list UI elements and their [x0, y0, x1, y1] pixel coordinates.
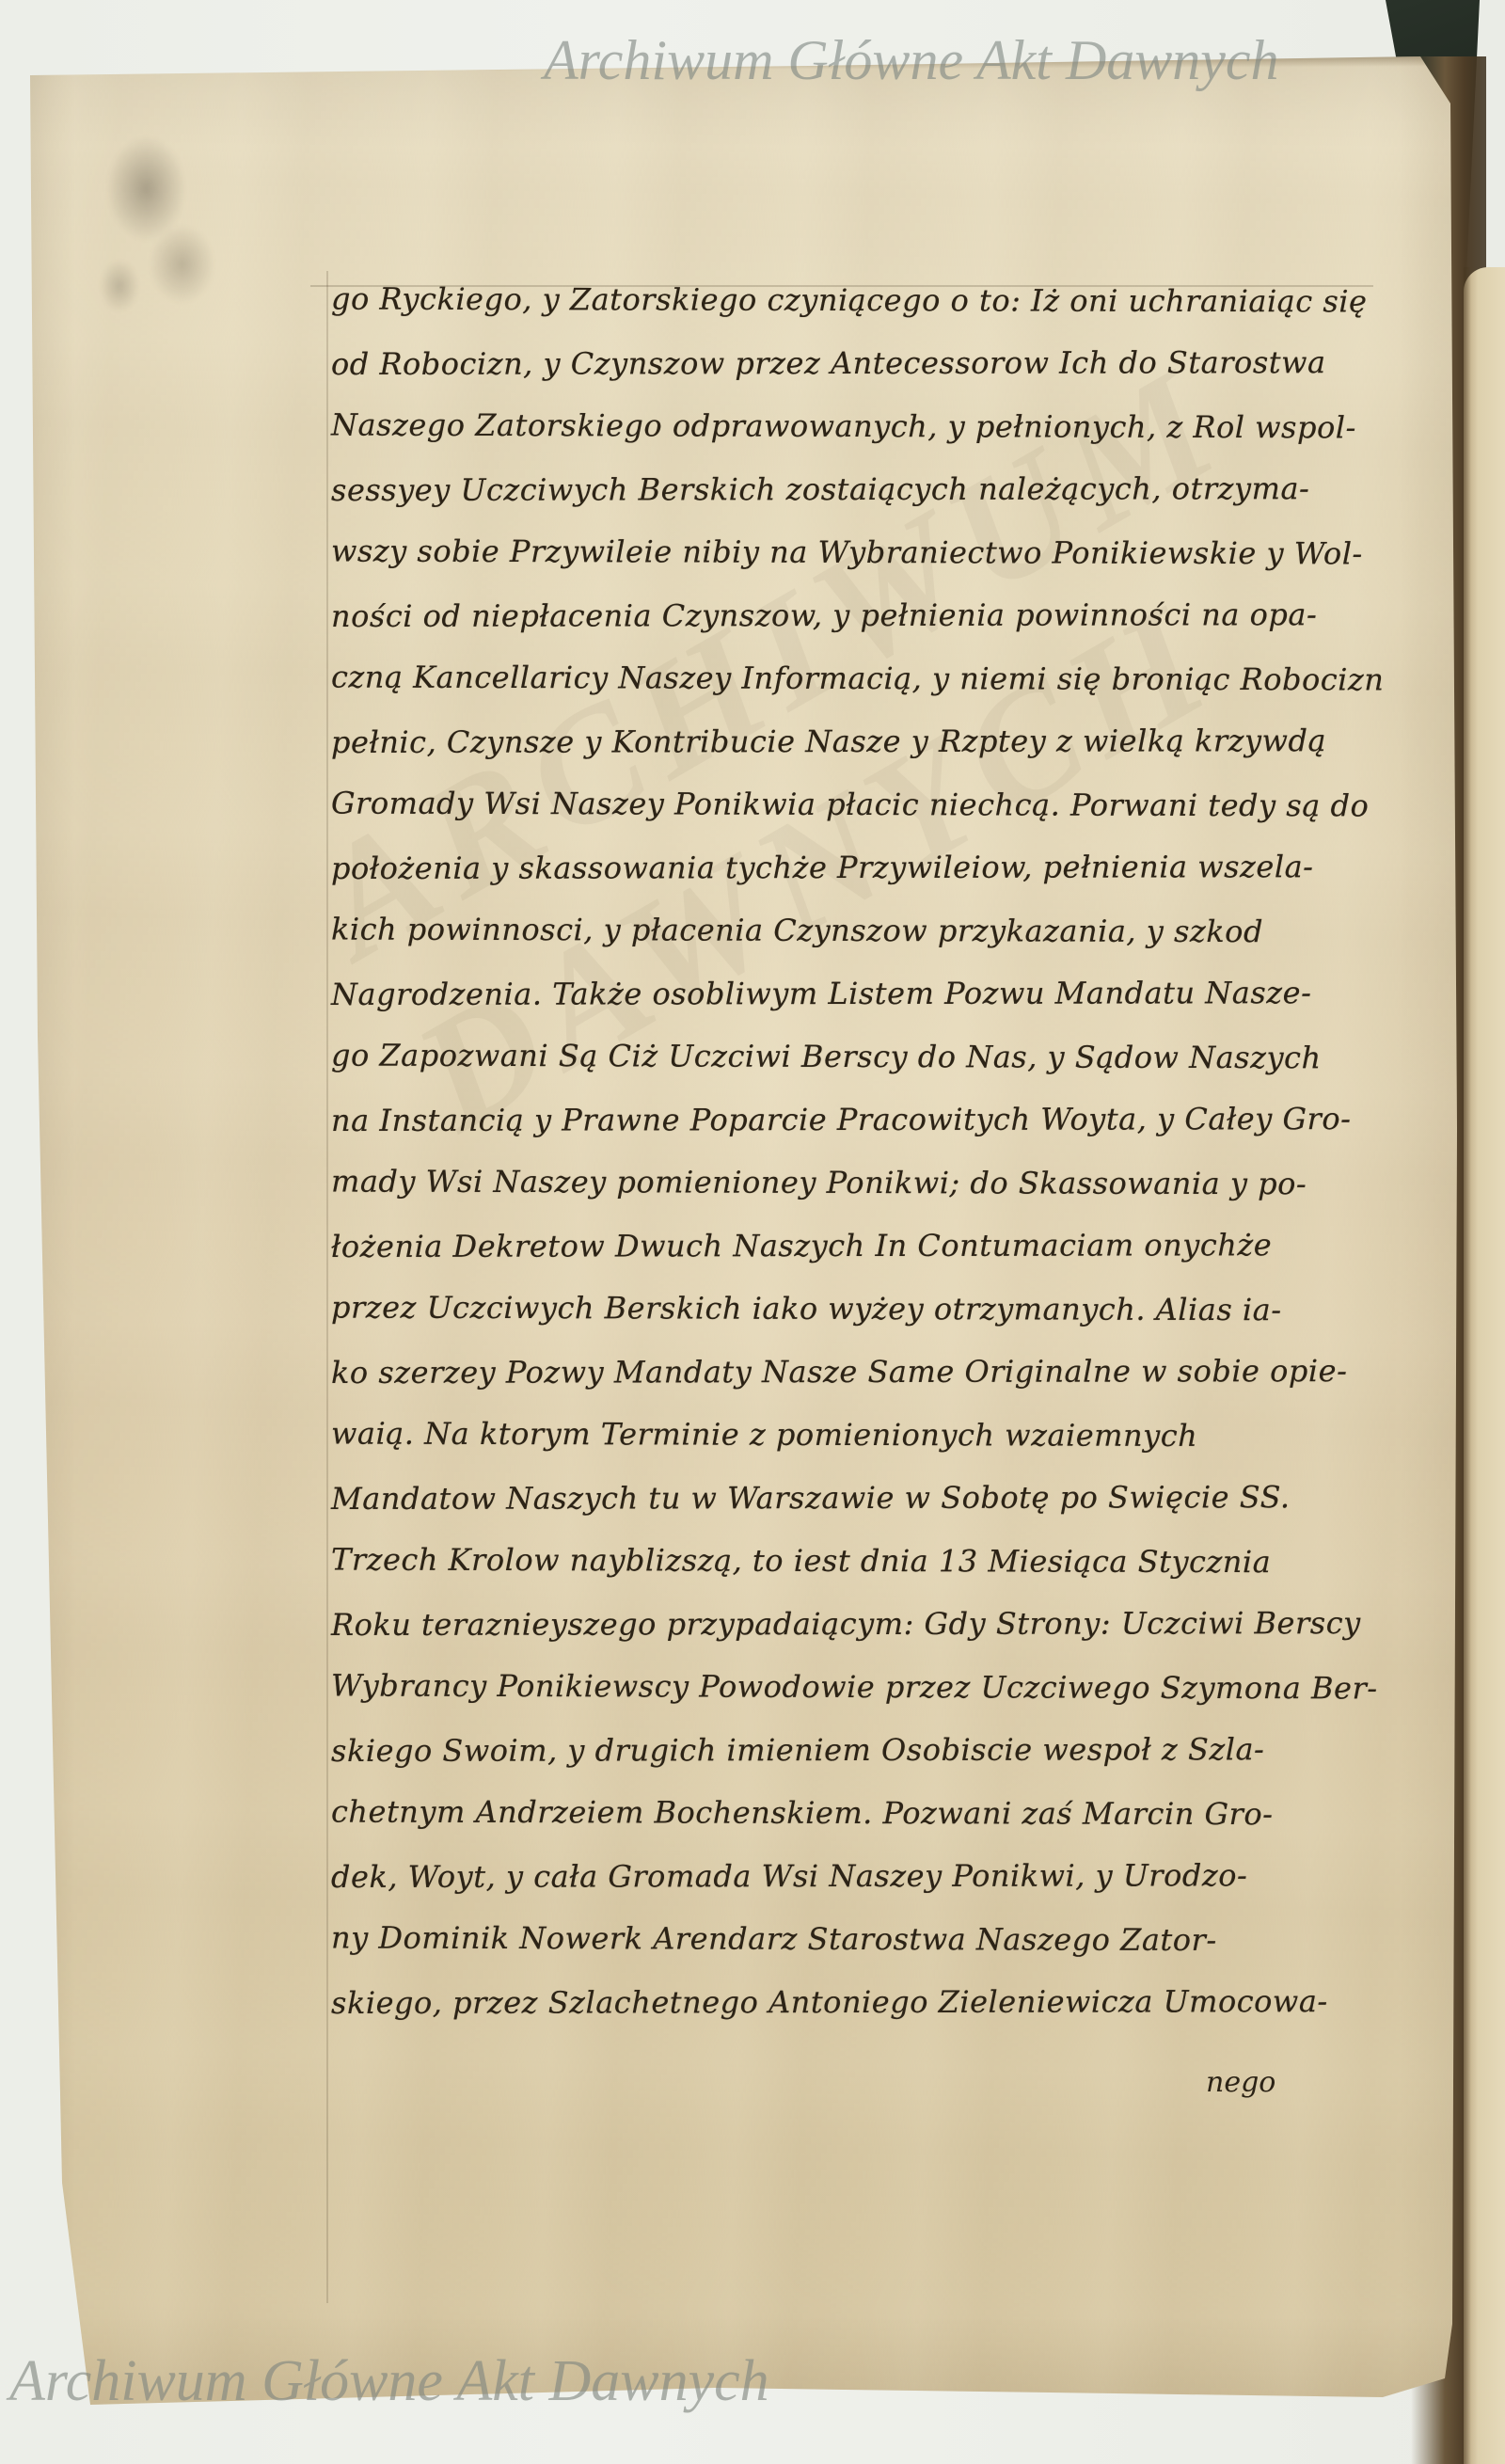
manuscript-line: waią. Na ktorym Terminie z pomienionych …: [331, 1403, 1389, 1469]
manuscript-line: Mandatow Naszych tu w Warszawie w Sobotę…: [331, 1466, 1389, 1531]
next-page-edge: [1464, 267, 1505, 2464]
manuscript-line: położenia y skassowania tychże Przywilei…: [331, 835, 1389, 900]
manuscript-line: Roku teraznieyszego przypadaiącym: Gdy S…: [331, 1592, 1389, 1657]
manuscript-line: Nagrodzenia. Także osobliwym Listem Pozw…: [331, 962, 1389, 1026]
manuscript-line: na Instancią y Prawne Poparcie Pracowity…: [331, 1088, 1389, 1153]
manuscript-line: dek, Woyt, y cała Gromada Wsi Naszey Pon…: [331, 1844, 1389, 1909]
manuscript-line: go Ryckiego, y Zatorskiego czyniącego o …: [331, 268, 1389, 334]
manuscript-line: mady Wsi Naszey pomienioney Ponikwi; do …: [331, 1151, 1389, 1216]
manuscript-line: ności od niepłacenia Czynszow, y pełnien…: [331, 583, 1389, 648]
manuscript-line: Trzech Krolow nayblizszą, to iest dnia 1…: [331, 1529, 1389, 1595]
manuscript-line: go Zapozwani Są Ciż Uczciwi Berscy do Na…: [331, 1025, 1389, 1090]
manuscript-line: od Robocizn, y Czynszow przez Antecessor…: [331, 331, 1389, 396]
manuscript-line: łożenia Dekretow Dwuch Naszych In Contum…: [331, 1214, 1389, 1279]
margin-guide-line: [326, 271, 328, 2303]
manuscript-text-block: go Ryckiego, y Zatorskiego czyniącego o …: [331, 269, 1389, 2034]
manuscript-line: Gromady Wsi Naszey Ponikwia płacic niech…: [331, 772, 1389, 838]
manuscript-line: ko szerzey Pozwy Mandaty Nasze Same Orig…: [331, 1340, 1389, 1405]
manuscript-line: ny Dominik Nowerk Arendarz Starostwa Nas…: [331, 1907, 1389, 1973]
manuscript-line: Wybrancy Ponikiewscy Powodowie przez Ucz…: [331, 1655, 1389, 1721]
manuscript-line: chetnym Andrzeiem Bochenskiem. Pozwani z…: [331, 1781, 1389, 1847]
manuscript-line: skiego, przez Szlachetnego Antoniego Zie…: [331, 1970, 1389, 2035]
manuscript-line: kich powinnosci, y płacenia Czynszow prz…: [331, 898, 1389, 964]
manuscript-line: Naszego Zatorskiego odprawowanych, y peł…: [331, 394, 1389, 460]
manuscript-line: skiego Swoim, y drugich imieniem Osobisc…: [331, 1718, 1389, 1783]
manuscript-line: przez Uczciwych Berskich iako wyżey otrz…: [331, 1277, 1389, 1343]
manuscript-line: sessyey Uczciwych Berskich zostaiących n…: [331, 457, 1389, 522]
catchword: nego: [1206, 2066, 1275, 2099]
manuscript-line: wszy sobie Przywileie nibiy na Wybraniec…: [331, 520, 1389, 586]
next-page-edge-shadow: [1464, 267, 1471, 2464]
manuscript-line: czną Kancellaricy Naszey Informacią, y n…: [331, 646, 1389, 712]
ink-smudge-stain: [66, 113, 245, 329]
manuscript-line: pełnic, Czynsze y Kontribucie Nasze y Rz…: [331, 709, 1389, 774]
manuscript-page: ARCHIWUM DAWNYCH go Ryckiego, y Zatorski…: [0, 0, 1505, 2464]
